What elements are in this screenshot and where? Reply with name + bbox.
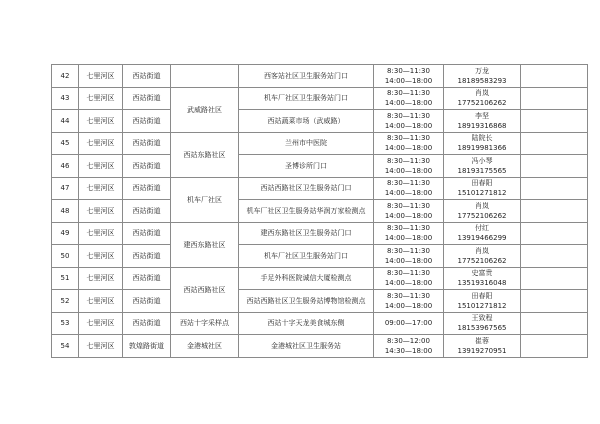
table-row: 44 七里河区 西站街道 西站蔬菜市场（武威路） 8:30—11:3014:00… — [52, 110, 588, 133]
hours-cell: 8:30—11:3014:00—18:00 — [374, 110, 444, 133]
site-cell: 机车厂社区卫生服务站门口 — [239, 245, 374, 268]
district-cell: 七里河区 — [79, 312, 123, 335]
row-number: 52 — [52, 290, 79, 313]
street-cell: 西站街道 — [123, 177, 171, 200]
district-cell: 七里河区 — [79, 222, 123, 245]
note-cell — [521, 290, 588, 313]
district-cell: 七里河区 — [79, 110, 123, 133]
site-cell: 金港城社区卫生服务站 — [239, 335, 374, 358]
contact-cell: 李坚18919316868 — [444, 110, 521, 133]
hours-cell: 8:30—11:3014:00—18:00 — [374, 65, 444, 88]
row-number: 44 — [52, 110, 79, 133]
site-cell: 西站蔬菜市场（武威路） — [239, 110, 374, 133]
site-cell: 机车厂社区卫生服务站门口 — [239, 87, 374, 110]
row-number: 51 — [52, 267, 79, 290]
table-row: 53 七里河区 西站街道 西站十字采样点 西站十字天龙美食城东侧 09:00—1… — [52, 312, 588, 335]
street-cell: 西站街道 — [123, 65, 171, 88]
district-cell: 七里河区 — [79, 290, 123, 313]
community-cell: 西站十字采样点 — [171, 312, 239, 335]
note-cell — [521, 155, 588, 178]
note-cell — [521, 335, 588, 358]
district-cell: 七里河区 — [79, 245, 123, 268]
site-cell: 机车厂社区卫生服务站华润万家检测点 — [239, 200, 374, 223]
row-number: 42 — [52, 65, 79, 88]
note-cell — [521, 312, 588, 335]
district-cell: 七里河区 — [79, 335, 123, 358]
contact-cell: 付红13919466299 — [444, 222, 521, 245]
row-number: 48 — [52, 200, 79, 223]
row-number: 49 — [52, 222, 79, 245]
table-row: 51 七里河区 西站街道 西站西路社区 手足外科医院诚信大厦检测点 8:30—1… — [52, 267, 588, 290]
contact-cell: 崔蓉13919270951 — [444, 335, 521, 358]
table-row: 43 七里河区 西站街道 武威路社区 机车厂社区卫生服务站门口 8:30—11:… — [52, 87, 588, 110]
site-cell: 兰州市中医院 — [239, 132, 374, 155]
community-cell — [171, 65, 239, 88]
contact-cell: 肖岚17752106262 — [444, 200, 521, 223]
site-cell: 圣博诊所门口 — [239, 155, 374, 178]
street-cell: 西站街道 — [123, 312, 171, 335]
district-cell: 七里河区 — [79, 65, 123, 88]
hours-cell: 8:30—11:3014:00—18:00 — [374, 222, 444, 245]
table-row: 45 七里河区 西站街道 西站东路社区 兰州市中医院 8:30—11:3014:… — [52, 132, 588, 155]
hours-cell: 8:30—11:3014:00—18:00 — [374, 87, 444, 110]
hours-cell: 8:30—11:3014:00—18:00 — [374, 245, 444, 268]
note-cell — [521, 132, 588, 155]
district-cell: 七里河区 — [79, 132, 123, 155]
note-cell — [521, 267, 588, 290]
row-number: 43 — [52, 87, 79, 110]
hours-cell: 8:30—12:0014:30—18:00 — [374, 335, 444, 358]
district-cell: 七里河区 — [79, 200, 123, 223]
site-cell: 建西东路社区卫生服务站门口 — [239, 222, 374, 245]
community-cell: 武威路社区 — [171, 87, 239, 132]
site-cell: 西站十字天龙美食城东侧 — [239, 312, 374, 335]
community-cell: 建西东路社区 — [171, 222, 239, 267]
hours-cell: 8:30—11:3014:00—18:00 — [374, 132, 444, 155]
contact-cell: 史富贵13519316048 — [444, 267, 521, 290]
district-cell: 七里河区 — [79, 267, 123, 290]
site-cell: 西客站社区卫生服务站门口 — [239, 65, 374, 88]
hours-cell: 8:30—11:3014:00—18:00 — [374, 155, 444, 178]
table-row: 42 七里河区 西站街道 西客站社区卫生服务站门口 8:30—11:3014:0… — [52, 65, 588, 88]
table-row: 47 七里河区 西站街道 机车厂社区 西站西路社区卫生服务站门口 8:30—11… — [52, 177, 588, 200]
district-cell: 七里河区 — [79, 177, 123, 200]
site-cell: 西站西路社区卫生服务站博物馆检测点 — [239, 290, 374, 313]
testing-sites-table: 42 七里河区 西站街道 西客站社区卫生服务站门口 8:30—11:3014:0… — [51, 64, 588, 358]
table-row: 50 七里河区 西站街道 机车厂社区卫生服务站门口 8:30—11:3014:0… — [52, 245, 588, 268]
row-number: 47 — [52, 177, 79, 200]
contact-cell: 肖岚17752106262 — [444, 87, 521, 110]
table-row: 48 七里河区 西站街道 机车厂社区卫生服务站华润万家检测点 8:30—11:3… — [52, 200, 588, 223]
community-cell: 西站东路社区 — [171, 132, 239, 177]
street-cell: 西站街道 — [123, 222, 171, 245]
note-cell — [521, 177, 588, 200]
row-number: 50 — [52, 245, 79, 268]
note-cell — [521, 222, 588, 245]
row-number: 53 — [52, 312, 79, 335]
contact-cell: 肖岚17752106262 — [444, 245, 521, 268]
site-cell: 西站西路社区卫生服务站门口 — [239, 177, 374, 200]
district-cell: 七里河区 — [79, 155, 123, 178]
street-cell: 西站街道 — [123, 200, 171, 223]
table-row: 54 七里河区 敦煌路街道 金港城社区 金港城社区卫生服务站 8:30—12:0… — [52, 335, 588, 358]
street-cell: 敦煌路街道 — [123, 335, 171, 358]
contact-cell: 王致程18153967565 — [444, 312, 521, 335]
district-cell: 七里河区 — [79, 87, 123, 110]
hours-cell: 8:30—11:3014:00—18:00 — [374, 267, 444, 290]
hours-cell: 09:00—17:00 — [374, 312, 444, 335]
street-cell: 西站街道 — [123, 267, 171, 290]
community-cell: 机车厂社区 — [171, 177, 239, 222]
table-row: 52 七里河区 西站街道 西站西路社区卫生服务站博物馆检测点 8:30—11:3… — [52, 290, 588, 313]
table-row: 46 七里河区 西站街道 圣博诊所门口 8:30—11:3014:00—18:0… — [52, 155, 588, 178]
street-cell: 西站街道 — [123, 132, 171, 155]
street-cell: 西站街道 — [123, 155, 171, 178]
hours-cell: 8:30—11:3014:00—18:00 — [374, 200, 444, 223]
hours-cell: 8:30—11:3014:00—18:00 — [374, 177, 444, 200]
street-cell: 西站街道 — [123, 290, 171, 313]
note-cell — [521, 65, 588, 88]
street-cell: 西站街道 — [123, 87, 171, 110]
hours-cell: 8:30—11:3014:00—18:00 — [374, 290, 444, 313]
contact-cell: 田春阳15101271812 — [444, 290, 521, 313]
contact-cell: 陆院长18919981366 — [444, 132, 521, 155]
row-number: 54 — [52, 335, 79, 358]
community-cell: 西站西路社区 — [171, 267, 239, 312]
note-cell — [521, 110, 588, 133]
table-row: 49 七里河区 西站街道 建西东路社区 建西东路社区卫生服务站门口 8:30—1… — [52, 222, 588, 245]
street-cell: 西站街道 — [123, 110, 171, 133]
note-cell — [521, 200, 588, 223]
contact-cell: 冯小琴18193175565 — [444, 155, 521, 178]
site-cell: 手足外科医院诚信大厦检测点 — [239, 267, 374, 290]
contact-cell: 万龙18189583293 — [444, 65, 521, 88]
row-number: 46 — [52, 155, 79, 178]
street-cell: 西站街道 — [123, 245, 171, 268]
note-cell — [521, 87, 588, 110]
community-cell: 金港城社区 — [171, 335, 239, 358]
contact-cell: 田春阳15101271812 — [444, 177, 521, 200]
row-number: 45 — [52, 132, 79, 155]
note-cell — [521, 245, 588, 268]
